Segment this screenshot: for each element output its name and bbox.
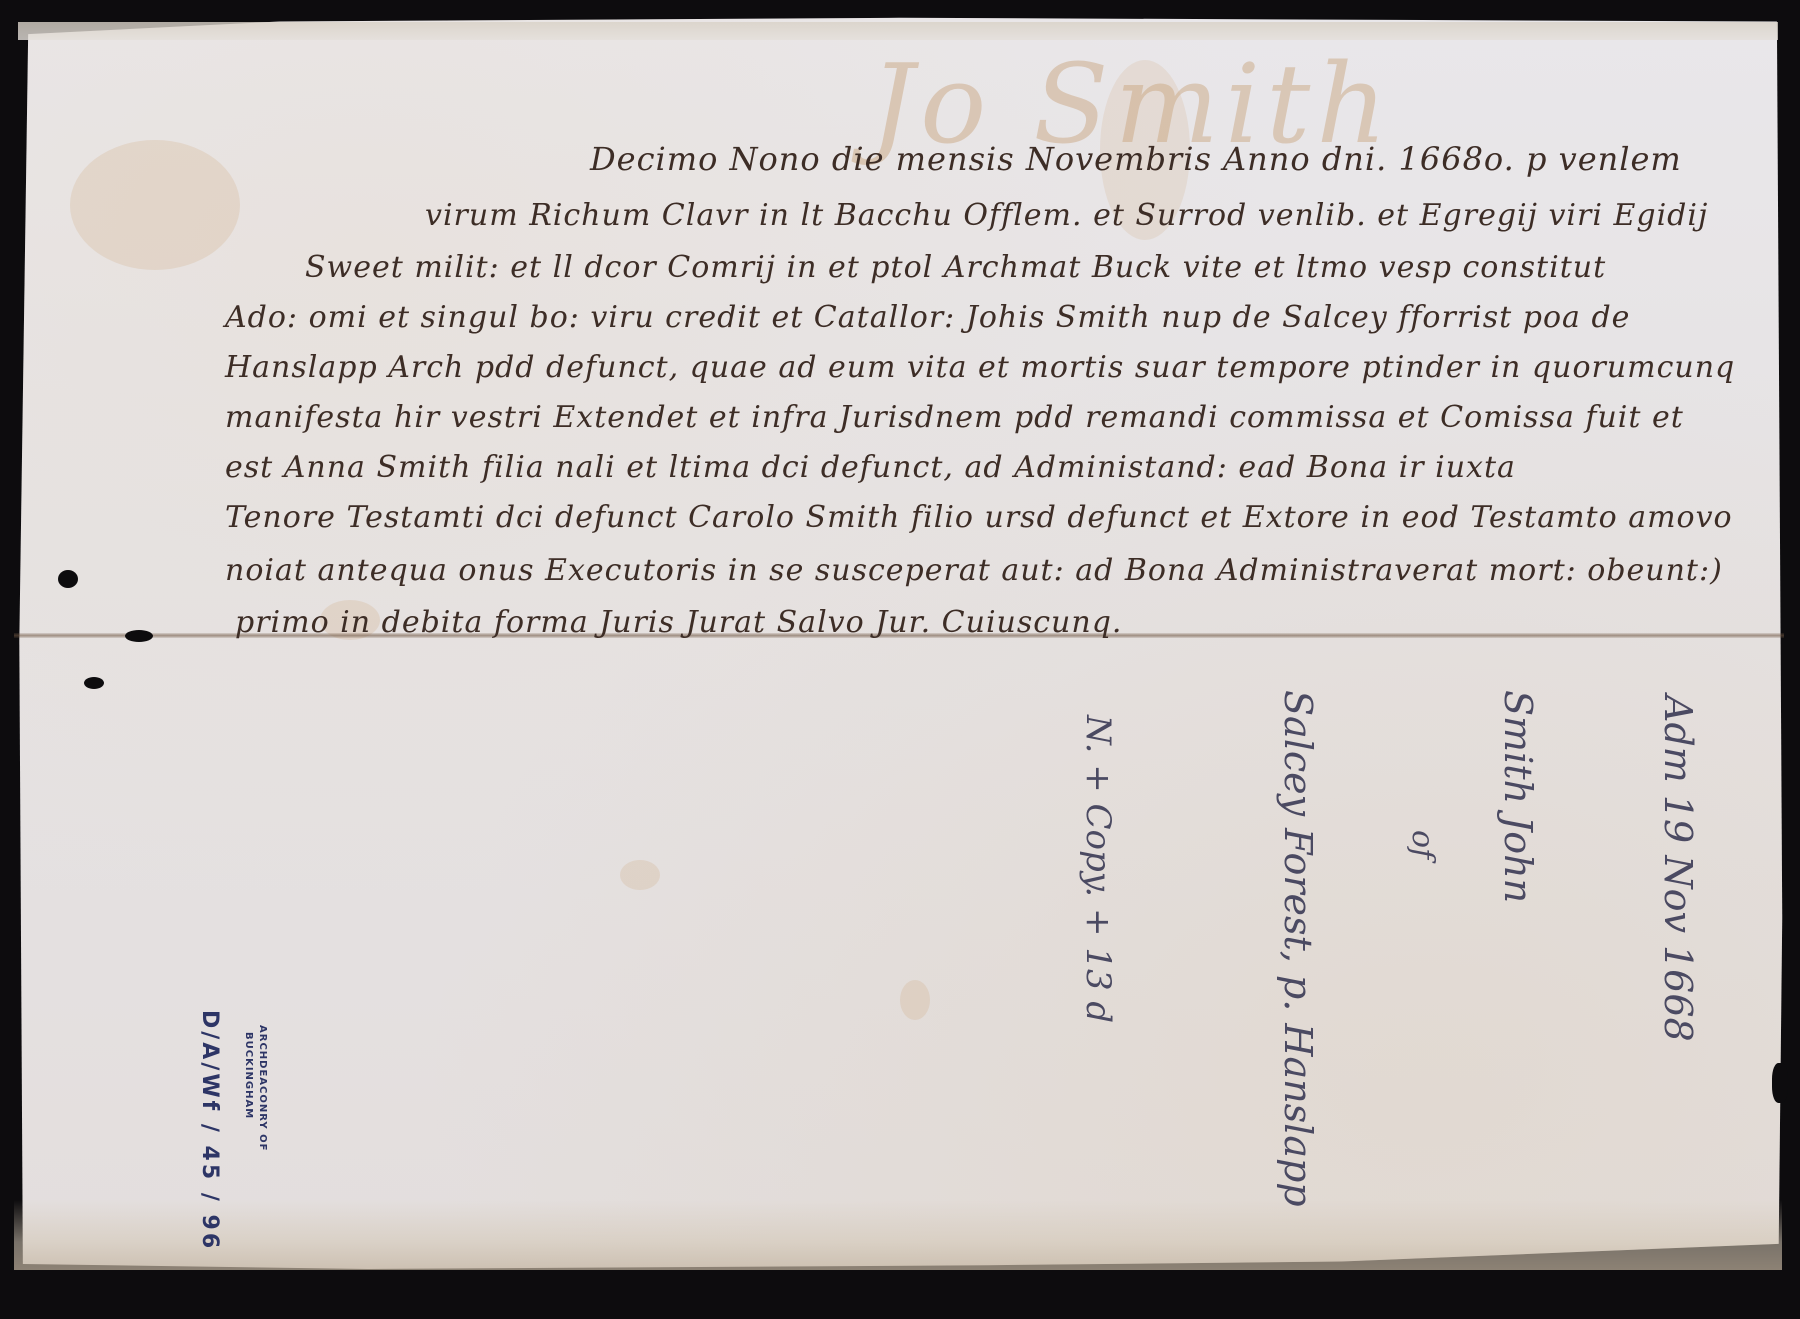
- pencil-note-name: Smith John: [1496, 690, 1540, 903]
- body-line-1: Decimo Nono die mensis Novembris Anno dn…: [590, 140, 1682, 178]
- body-line-7: est Anna Smith filia nali et ltima dci d…: [225, 450, 1516, 485]
- pencil-note-admin-date: Adm 19 Nov 1668: [1656, 695, 1700, 1042]
- stamp-institution-line2: BUCKINGHAM: [242, 1032, 254, 1119]
- paper-stain: [620, 860, 660, 890]
- pencil-note-place: Salcey Forest, p. Hanslapp: [1276, 690, 1320, 1207]
- binding-hole: [125, 630, 153, 642]
- stamp-institution-line1: ARCHDEACONRY OF: [256, 1025, 268, 1151]
- binding-hole: [58, 570, 78, 588]
- pencil-note-fees: N. + Copy. + 13 d: [1078, 715, 1118, 1023]
- body-line-8: Tenore Testamti dci defunct Carolo Smith…: [225, 500, 1733, 535]
- body-line-5: Hanslapp Arch pdd defunct, quae ad eum v…: [225, 350, 1735, 385]
- body-line-4: Ado: omi et singul bo: viru credit et Ca…: [225, 300, 1630, 335]
- body-line-10: primo in debita forma Juris Jurat Salvo …: [235, 605, 1122, 640]
- paper-stain: [900, 980, 930, 1020]
- pencil-note-of: of: [1405, 830, 1440, 859]
- binding-hole: [84, 677, 104, 689]
- paper-stain: [70, 140, 240, 270]
- stamp-reference: D/A/Wf / 45 / 96: [197, 1010, 222, 1251]
- body-line-3: Sweet milit: et ll dcor Comrij in et pto…: [305, 250, 1606, 285]
- bottom-edge-curl: [14, 1200, 1782, 1270]
- edge-damage: [1772, 1063, 1788, 1103]
- body-line-6: manifesta hir vestri Extendet et infra J…: [225, 400, 1684, 435]
- top-edge-fold: [18, 22, 1778, 40]
- body-line-9: noiat antequa onus Executoris in se susc…: [225, 553, 1723, 588]
- body-line-2: virum Richum Clavr in lt Bacchu Offlem. …: [425, 198, 1708, 233]
